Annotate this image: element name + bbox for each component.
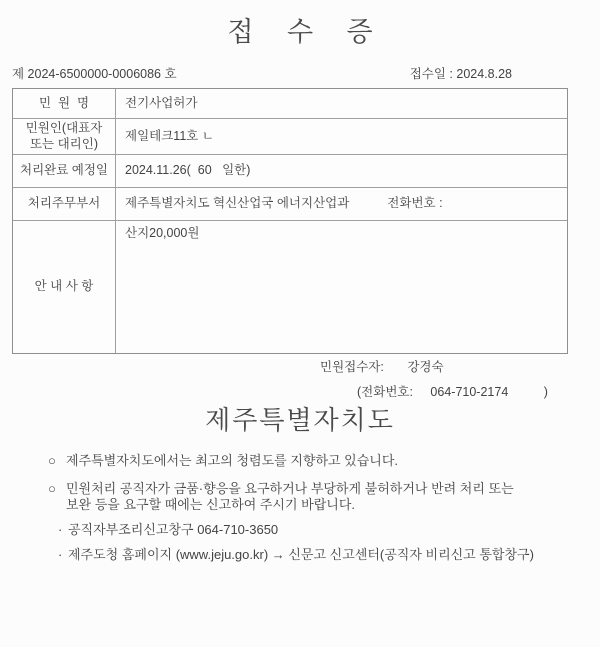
receiver-line: 민원접수자: 강경숙 xyxy=(320,357,444,375)
circle-bullet-icon: ○ xyxy=(48,453,66,469)
row-value-petitioner: 제일테크11호 ㄴ xyxy=(116,119,567,154)
notice-text: 제주도청 홈페이지 (www.jeju.go.kr) → 신문고 신고센터(공직… xyxy=(68,547,553,563)
row-label-petitioner: 민원인(대표자 또는 대리인) xyxy=(13,119,116,154)
row-label-completion-date: 처리완료 예정일 xyxy=(13,155,116,187)
circle-bullet-icon: ○ xyxy=(48,481,66,513)
notice-homepage: · 제주도청 홈페이지 (www.jeju.go.kr) → 신문고 신고센터(… xyxy=(48,547,553,563)
doc-number: 제 2024-6500000-0006086 호 xyxy=(12,64,177,82)
notice-text: 제주특별자치도에서는 최고의 청렴도를 지향하고 있습니다. xyxy=(66,453,553,469)
notice-integrity: ○ 제주특별자치도에서는 최고의 청렴도를 지향하고 있습니다. xyxy=(48,453,553,469)
notice-text: 공직자부조리신고창구 064-710-3650 xyxy=(68,522,553,538)
receiver-name: 강경숙 xyxy=(407,360,443,374)
notice-section: ○ 제주특별자치도에서는 최고의 청렴도를 지향하고 있습니다. ○ 민원처리 … xyxy=(48,453,553,563)
phone-label: (전화번호: xyxy=(357,385,413,399)
table-row: 처리주무부서 제주특별자치도 혁신산업국 에너지산업과 전화번호 : xyxy=(13,188,567,221)
dot-bullet-icon: · xyxy=(58,547,68,563)
row-value-completion-date: 2024.11.26( 60 일한) xyxy=(116,155,567,187)
notice-report-channel: · 공직자부조리신고창구 064-710-3650 xyxy=(48,522,553,538)
document-meta: 제 2024-6500000-0006086 호 접수일 : 2024.8.28 xyxy=(12,64,512,82)
notice-report-request: ○ 민원처리 공직자가 금품·향응을 요구하거나 부당하게 불허하거나 반려 처… xyxy=(48,481,553,513)
notice-text: 민원처리 공직자가 금품·향응을 요구하거나 부당하게 불허하거나 반려 처리 … xyxy=(66,481,553,513)
table-row: 처리완료 예정일 2024.11.26( 60 일한) xyxy=(13,155,567,188)
table-row: 민 원 명 전기사업허가 xyxy=(13,89,567,119)
dot-bullet-icon: · xyxy=(58,522,68,538)
row-value-guidance: 산지20,000원 xyxy=(116,221,567,353)
phone-close-paren: ) xyxy=(544,385,548,399)
receiver-label: 민원접수자: xyxy=(320,360,384,374)
table-row: 민원인(대표자 또는 대리인) 제일테크11호 ㄴ xyxy=(13,119,567,155)
row-value-civil-petition-name: 전기사업허가 xyxy=(116,89,567,118)
row-label-department: 처리주무부서 xyxy=(13,188,116,220)
receipt-document: 접 수 증 제 2024-6500000-0006086 호 접수일 : 202… xyxy=(0,0,600,647)
department-name: 제주특별자치도 혁신산업국 에너지산업과 xyxy=(125,196,349,212)
row-label-guidance: 안 내 사 항 xyxy=(13,221,116,353)
row-value-department: 제주특별자치도 혁신산업국 에너지산업과 전화번호 : xyxy=(116,188,567,220)
row-label-civil-petition-name: 민 원 명 xyxy=(13,89,116,118)
notice-line1: 민원처리 공직자가 금품·향응을 요구하거나 부당하게 불허하거나 반려 처리 … xyxy=(66,481,514,496)
receiver-phone-line: (전화번호: 064-710-2174 ) xyxy=(357,382,548,400)
table-row: 안 내 사 항 산지20,000원 xyxy=(13,221,567,353)
notice-line2: 보완 등을 요구할 때에는 신고하여 주시기 바랍니다. xyxy=(66,497,355,512)
receipt-table: 민 원 명 전기사업허가 민원인(대표자 또는 대리인) 제일테크11호 ㄴ 처… xyxy=(12,88,568,354)
phone-number: 064-710-2174 xyxy=(430,385,508,399)
department-phone-label: 전화번호 : xyxy=(387,196,442,212)
organization-title: 제주특별자치도 xyxy=(0,400,600,437)
page-title: 접 수 증 xyxy=(0,10,600,49)
receipt-date: 접수일 : 2024.8.28 xyxy=(410,64,512,82)
